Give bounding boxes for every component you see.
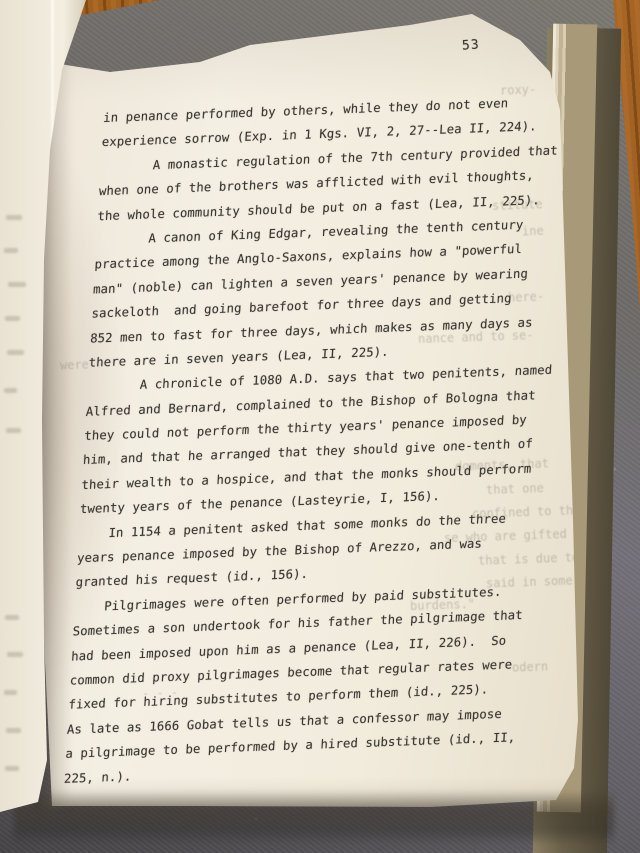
ghost-text-fragment: ine	[522, 224, 544, 239]
typed-line: 225, n.).	[63, 749, 544, 791]
ghost-text-fragment: nance and to se-	[418, 328, 534, 346]
typed-line: man" (noble) can lighten a seven years' …	[92, 260, 573, 302]
typed-line: they could not perform the thirty years'…	[84, 406, 565, 448]
typed-line: him, and that he arranged that they shou…	[82, 431, 563, 473]
ghost-text-fragment: roxy-	[500, 82, 537, 97]
typed-text-block: in penance performed by others, while th…	[63, 88, 583, 790]
ghost-text-fragment: - - -	[142, 685, 179, 700]
curled-page-faint-text-smudge	[4, 388, 17, 393]
page-bottom-shadow	[14, 790, 614, 846]
typed-line: A canon of King Edgar, revealing the ten…	[95, 211, 576, 253]
typed-line: in penance performed by others, while th…	[103, 88, 584, 130]
typewritten-page: roxy-stituteinehere-nance and to se-were…	[0, 0, 640, 853]
curled-page-faint-text-smudge	[5, 615, 19, 620]
curled-page-faint-text-smudge	[6, 428, 21, 433]
typed-line: As late as 1666 Gobat tells us that a co…	[66, 700, 547, 742]
typed-line: granted his request (id., 156).	[75, 553, 556, 595]
typed-line: a pilgrimage to be performed by a hired …	[65, 724, 546, 766]
ghost-text-fragment: that one	[486, 481, 544, 497]
typed-line: Pilgrimages were often performed by paid…	[73, 578, 554, 620]
typed-line: sackeloth and going barefoot for three d…	[91, 284, 572, 326]
curled-page-faint-text-smudge	[6, 215, 22, 220]
ghost-text-fragment: se who are gifted	[444, 527, 567, 545]
ghost-text-fragment: that is due to	[478, 550, 580, 568]
typed-line: when one of the brothers was afflicted w…	[98, 162, 579, 204]
typed-line: the whole community should be put on a f…	[97, 186, 578, 228]
typed-line: A chronicle of 1080 A.D. says that two p…	[87, 357, 568, 399]
typed-line: twenty years of the penance (Lasteyrie, …	[79, 480, 560, 522]
curled-page-faint-text-smudge	[4, 248, 18, 253]
typed-line: years penance imposed by the Bishop of A…	[76, 529, 557, 571]
curled-page-faint-text-smudge	[6, 728, 21, 733]
typed-line: In 1154 a penitent asked that some monks…	[78, 504, 559, 546]
typed-line: Sometimes a son undertook for his father…	[72, 602, 553, 644]
ghost-text-fragment: said in some	[486, 573, 573, 590]
curled-page-faint-text-smudge	[5, 316, 20, 321]
ghost-text-fragment: dgments, that	[455, 456, 549, 473]
ghost-text-fragment: confined to the	[472, 503, 581, 521]
photo-of-typed-manuscript-page: roxy-stituteinehere-nance and to se-were…	[0, 0, 640, 853]
typed-line: experience sorrow (Exp. in 1 Kgs. VI, 2,…	[101, 113, 582, 155]
curled-page-faint-text-smudge	[7, 652, 23, 657]
ghost-text-fragment: burdens."	[410, 597, 475, 613]
ghost-text-fragment: stitute	[492, 197, 543, 213]
typed-line: practice among the Anglo-Saxons, explain…	[94, 235, 575, 277]
curled-page-faint-text-smudge	[8, 282, 26, 287]
typed-line: their wealth to a hospice, and that the …	[81, 455, 562, 497]
typed-line: there are in seven years (Lea, II, 225).	[88, 333, 569, 375]
curled-page-faint-text-smudge	[7, 350, 24, 355]
ghost-text-fragment: here-	[508, 289, 545, 304]
typed-line: common did proxy pilgrimages become that…	[69, 651, 550, 693]
typed-line: Alfred and Bernard, complained to the Bi…	[85, 382, 566, 424]
typed-line: 852 men to fast for three days, which ma…	[89, 309, 570, 351]
ghost-text-fragment: odern	[512, 659, 549, 674]
typed-line: had been imposed upon him as a penance (…	[71, 627, 552, 669]
curled-page-faint-text-smudge	[4, 690, 17, 695]
show-through-text-layer: roxy-stituteinehere-nance and to se-were…	[0, 0, 640, 853]
page-number: 53	[461, 37, 480, 53]
curled-page-faint-text-smudge	[5, 766, 19, 771]
typed-line: A monastic regulation of the 7th century…	[100, 137, 581, 179]
typed-line: fixed for hiring substitutes to perform …	[68, 675, 549, 717]
